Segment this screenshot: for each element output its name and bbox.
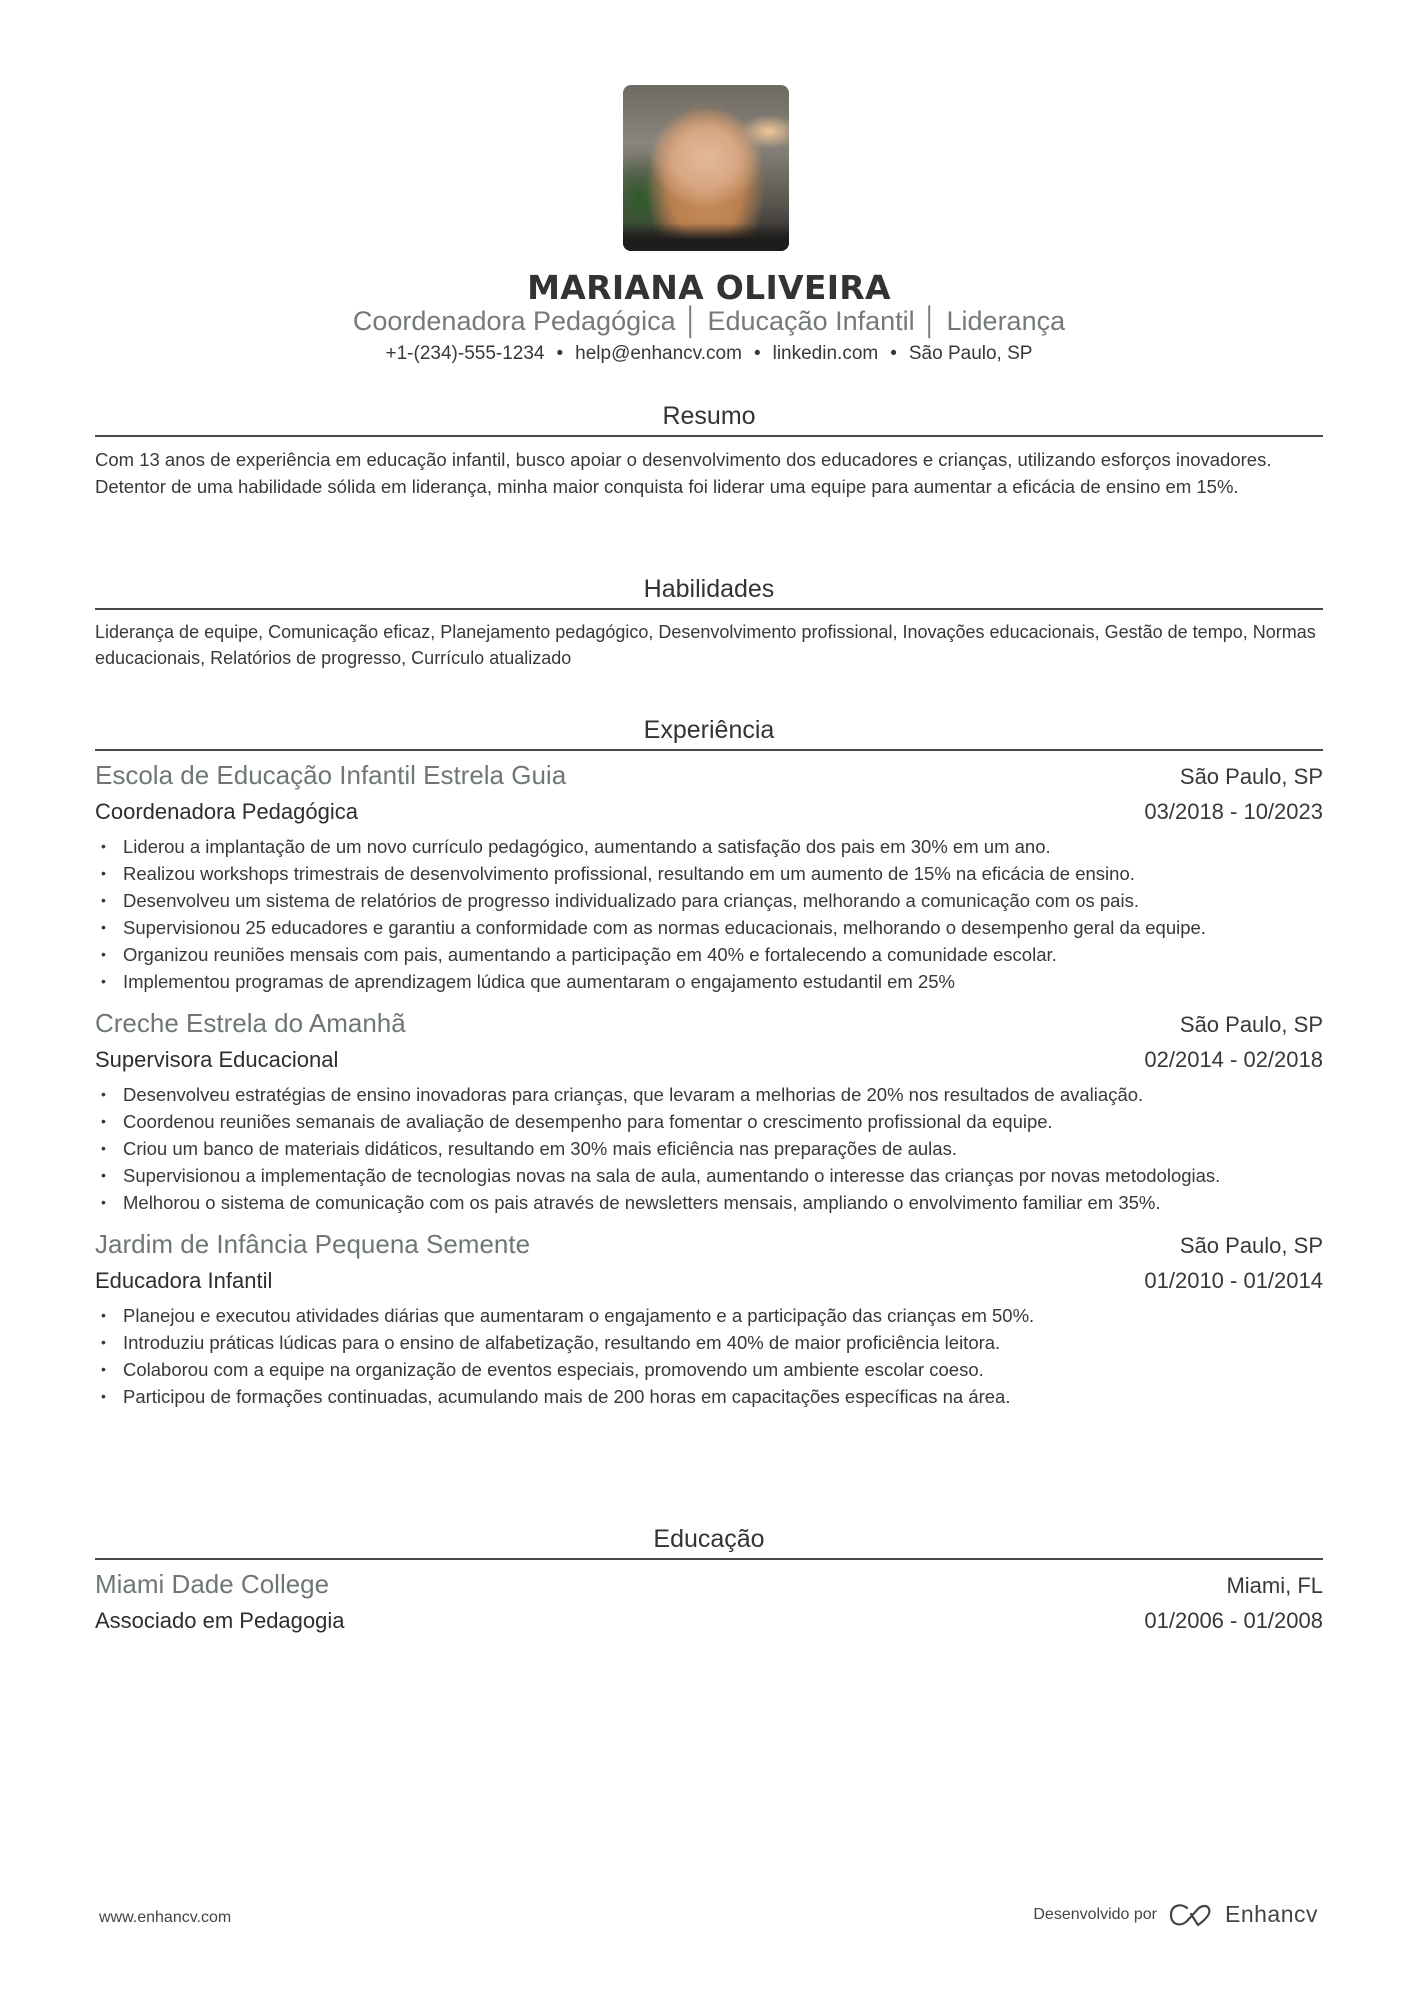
education-entry: Miami Dade College Miami, FL Associado e…: [95, 1566, 1323, 1638]
job-dates: 01/2010 - 01/2014: [1144, 1264, 1323, 1298]
separator-dot: •: [754, 343, 761, 365]
bullet-item: •Supervisionou 25 educadores e garantiu …: [95, 914, 1323, 941]
bullet-text: Implementou programas de aprendizagem lú…: [123, 971, 955, 992]
bullet-icon: •: [101, 1108, 106, 1135]
contact-email[interactable]: help@enhancv.com: [575, 343, 742, 364]
section-heading-experience: Experiência: [95, 711, 1323, 751]
contact-location: São Paulo, SP: [909, 343, 1033, 364]
job-role: Educadora Infantil: [95, 1264, 272, 1298]
footer-branding: Desenvolvido por Enhancv: [1033, 1901, 1318, 1928]
job-role: Coordenadora Pedagógica: [95, 795, 358, 829]
bullet-icon: •: [101, 887, 106, 914]
bullet-icon: •: [101, 968, 106, 995]
bullet-item: •Criou um banco de materiais didáticos, …: [95, 1135, 1323, 1162]
bullet-item: •Supervisionou a implementação de tecnol…: [95, 1162, 1323, 1189]
education-section: Educação Miami Dade College Miami, FL As…: [95, 1520, 1323, 1638]
job-role: Supervisora Educacional: [95, 1043, 338, 1077]
bullet-text: Desenvolveu estratégias de ensino inovad…: [123, 1084, 1143, 1105]
degree: Associado em Pedagogia: [95, 1604, 345, 1638]
experience-section: Experiência Escola de Educação Infantil …: [95, 711, 1323, 1410]
candidate-name: MARIANA OLIVEIRA: [95, 268, 1323, 307]
profile-photo: [623, 85, 789, 251]
powered-by-label: Desenvolvido por: [1033, 1906, 1157, 1924]
footer-website[interactable]: www.enhancv.com: [99, 1909, 231, 1927]
bullet-text: Coordenou reuniões semanais de avaliação…: [123, 1111, 1053, 1132]
school-name: Miami Dade College: [95, 1566, 329, 1602]
bullet-icon: •: [101, 833, 106, 860]
bullet-item: •Implementou programas de aprendizagem l…: [95, 968, 1323, 995]
job-location: São Paulo, SP: [1180, 759, 1323, 795]
separator-dot: •: [890, 343, 897, 365]
section-heading-skills: Habilidades: [95, 570, 1323, 610]
bullet-icon: •: [101, 1162, 106, 1189]
bullet-text: Liderou a implantação de um novo currícu…: [123, 836, 1051, 857]
skills-section: Habilidades Liderança de equipe, Comunic…: [95, 570, 1323, 671]
section-heading-education: Educação: [95, 1520, 1323, 1560]
experience-entry: Escola de Educação Infantil Estrela Guia…: [95, 757, 1323, 995]
bullet-item: •Participou de formações continuadas, ac…: [95, 1383, 1323, 1410]
bullet-text: Planejou e executou atividades diárias q…: [123, 1305, 1034, 1326]
job-bullets: •Desenvolveu estratégias de ensino inova…: [95, 1081, 1323, 1216]
bullet-icon: •: [101, 914, 106, 941]
school-location: Miami, FL: [1226, 1568, 1323, 1604]
bullet-item: •Organizou reuniões mensais com pais, au…: [95, 941, 1323, 968]
brand-name[interactable]: Enhancv: [1225, 1901, 1318, 1928]
bullet-icon: •: [101, 1189, 106, 1216]
summary-text: Com 13 anos de experiência em educação i…: [95, 447, 1323, 500]
bullet-text: Introduziu práticas lúdicas para o ensin…: [123, 1332, 1000, 1353]
bullet-icon: •: [101, 941, 106, 968]
bullet-icon: •: [101, 1383, 106, 1410]
bullet-text: Supervisionou 25 educadores e garantiu a…: [123, 917, 1206, 938]
bullet-icon: •: [101, 1356, 106, 1383]
section-heading-summary: Resumo: [95, 397, 1323, 437]
experience-entry: Creche Estrela do Amanhã São Paulo, SP S…: [95, 1005, 1323, 1216]
bullet-item: •Desenvolveu estratégias de ensino inova…: [95, 1081, 1323, 1108]
company-name: Creche Estrela do Amanhã: [95, 1005, 406, 1041]
bullet-text: Organizou reuniões mensais com pais, aum…: [123, 944, 1057, 965]
bullet-item: •Realizou workshops trimestrais de desen…: [95, 860, 1323, 887]
education-dates: 01/2006 - 01/2008: [1144, 1604, 1323, 1638]
job-location: São Paulo, SP: [1180, 1007, 1323, 1043]
bullet-text: Participou de formações continuadas, acu…: [123, 1386, 1011, 1407]
contact-phone[interactable]: +1-(234)-555-1234: [386, 343, 545, 364]
photo-shoulders: [623, 223, 789, 251]
company-name: Jardim de Infância Pequena Semente: [95, 1226, 530, 1262]
skills-text: Liderança de equipe, Comunicação eficaz,…: [95, 620, 1323, 671]
summary-section: Resumo Com 13 anos de experiência em edu…: [95, 397, 1323, 500]
job-location: São Paulo, SP: [1180, 1228, 1323, 1264]
bullet-icon: •: [101, 1329, 106, 1356]
bullet-item: •Melhorou o sistema de comunicação com o…: [95, 1189, 1323, 1216]
candidate-title: Coordenadora Pedagógica │ Educação Infan…: [95, 306, 1323, 337]
bullet-icon: •: [101, 1302, 106, 1329]
bullet-icon: •: [101, 1135, 106, 1162]
job-bullets: •Planejou e executou atividades diárias …: [95, 1302, 1323, 1410]
bullet-text: Desenvolveu um sistema de relatórios de …: [123, 890, 1139, 911]
bullet-text: Melhorou o sistema de comunicação com os…: [123, 1192, 1161, 1213]
job-dates: 02/2014 - 02/2018: [1144, 1043, 1323, 1077]
job-bullets: •Liderou a implantação de um novo curríc…: [95, 833, 1323, 995]
contact-linkedin[interactable]: linkedin.com: [773, 343, 879, 364]
job-dates: 03/2018 - 10/2023: [1144, 795, 1323, 829]
bullet-text: Supervisionou a implementação de tecnolo…: [123, 1165, 1220, 1186]
separator-dot: •: [556, 343, 563, 365]
bullet-item: •Liderou a implantação de um novo curríc…: [95, 833, 1323, 860]
contact-info: +1-(234)-555-1234•help@enhancv.com•linke…: [95, 343, 1323, 365]
company-name: Escola de Educação Infantil Estrela Guia: [95, 757, 566, 793]
bullet-text: Colaborou com a equipe na organização de…: [123, 1359, 984, 1380]
bullet-icon: •: [101, 860, 106, 887]
enhancv-logo-icon: [1167, 1902, 1215, 1928]
bullet-item: •Coordenou reuniões semanais de avaliaçã…: [95, 1108, 1323, 1135]
bullet-text: Realizou workshops trimestrais de desenv…: [123, 863, 1135, 884]
bullet-item: •Desenvolveu um sistema de relatórios de…: [95, 887, 1323, 914]
bullet-item: •Introduziu práticas lúdicas para o ensi…: [95, 1329, 1323, 1356]
bullet-text: Criou um banco de materiais didáticos, r…: [123, 1138, 957, 1159]
bullet-item: •Planejou e executou atividades diárias …: [95, 1302, 1323, 1329]
bullet-icon: •: [101, 1081, 106, 1108]
bullet-item: •Colaborou com a equipe na organização d…: [95, 1356, 1323, 1383]
experience-entry: Jardim de Infância Pequena Semente São P…: [95, 1226, 1323, 1410]
